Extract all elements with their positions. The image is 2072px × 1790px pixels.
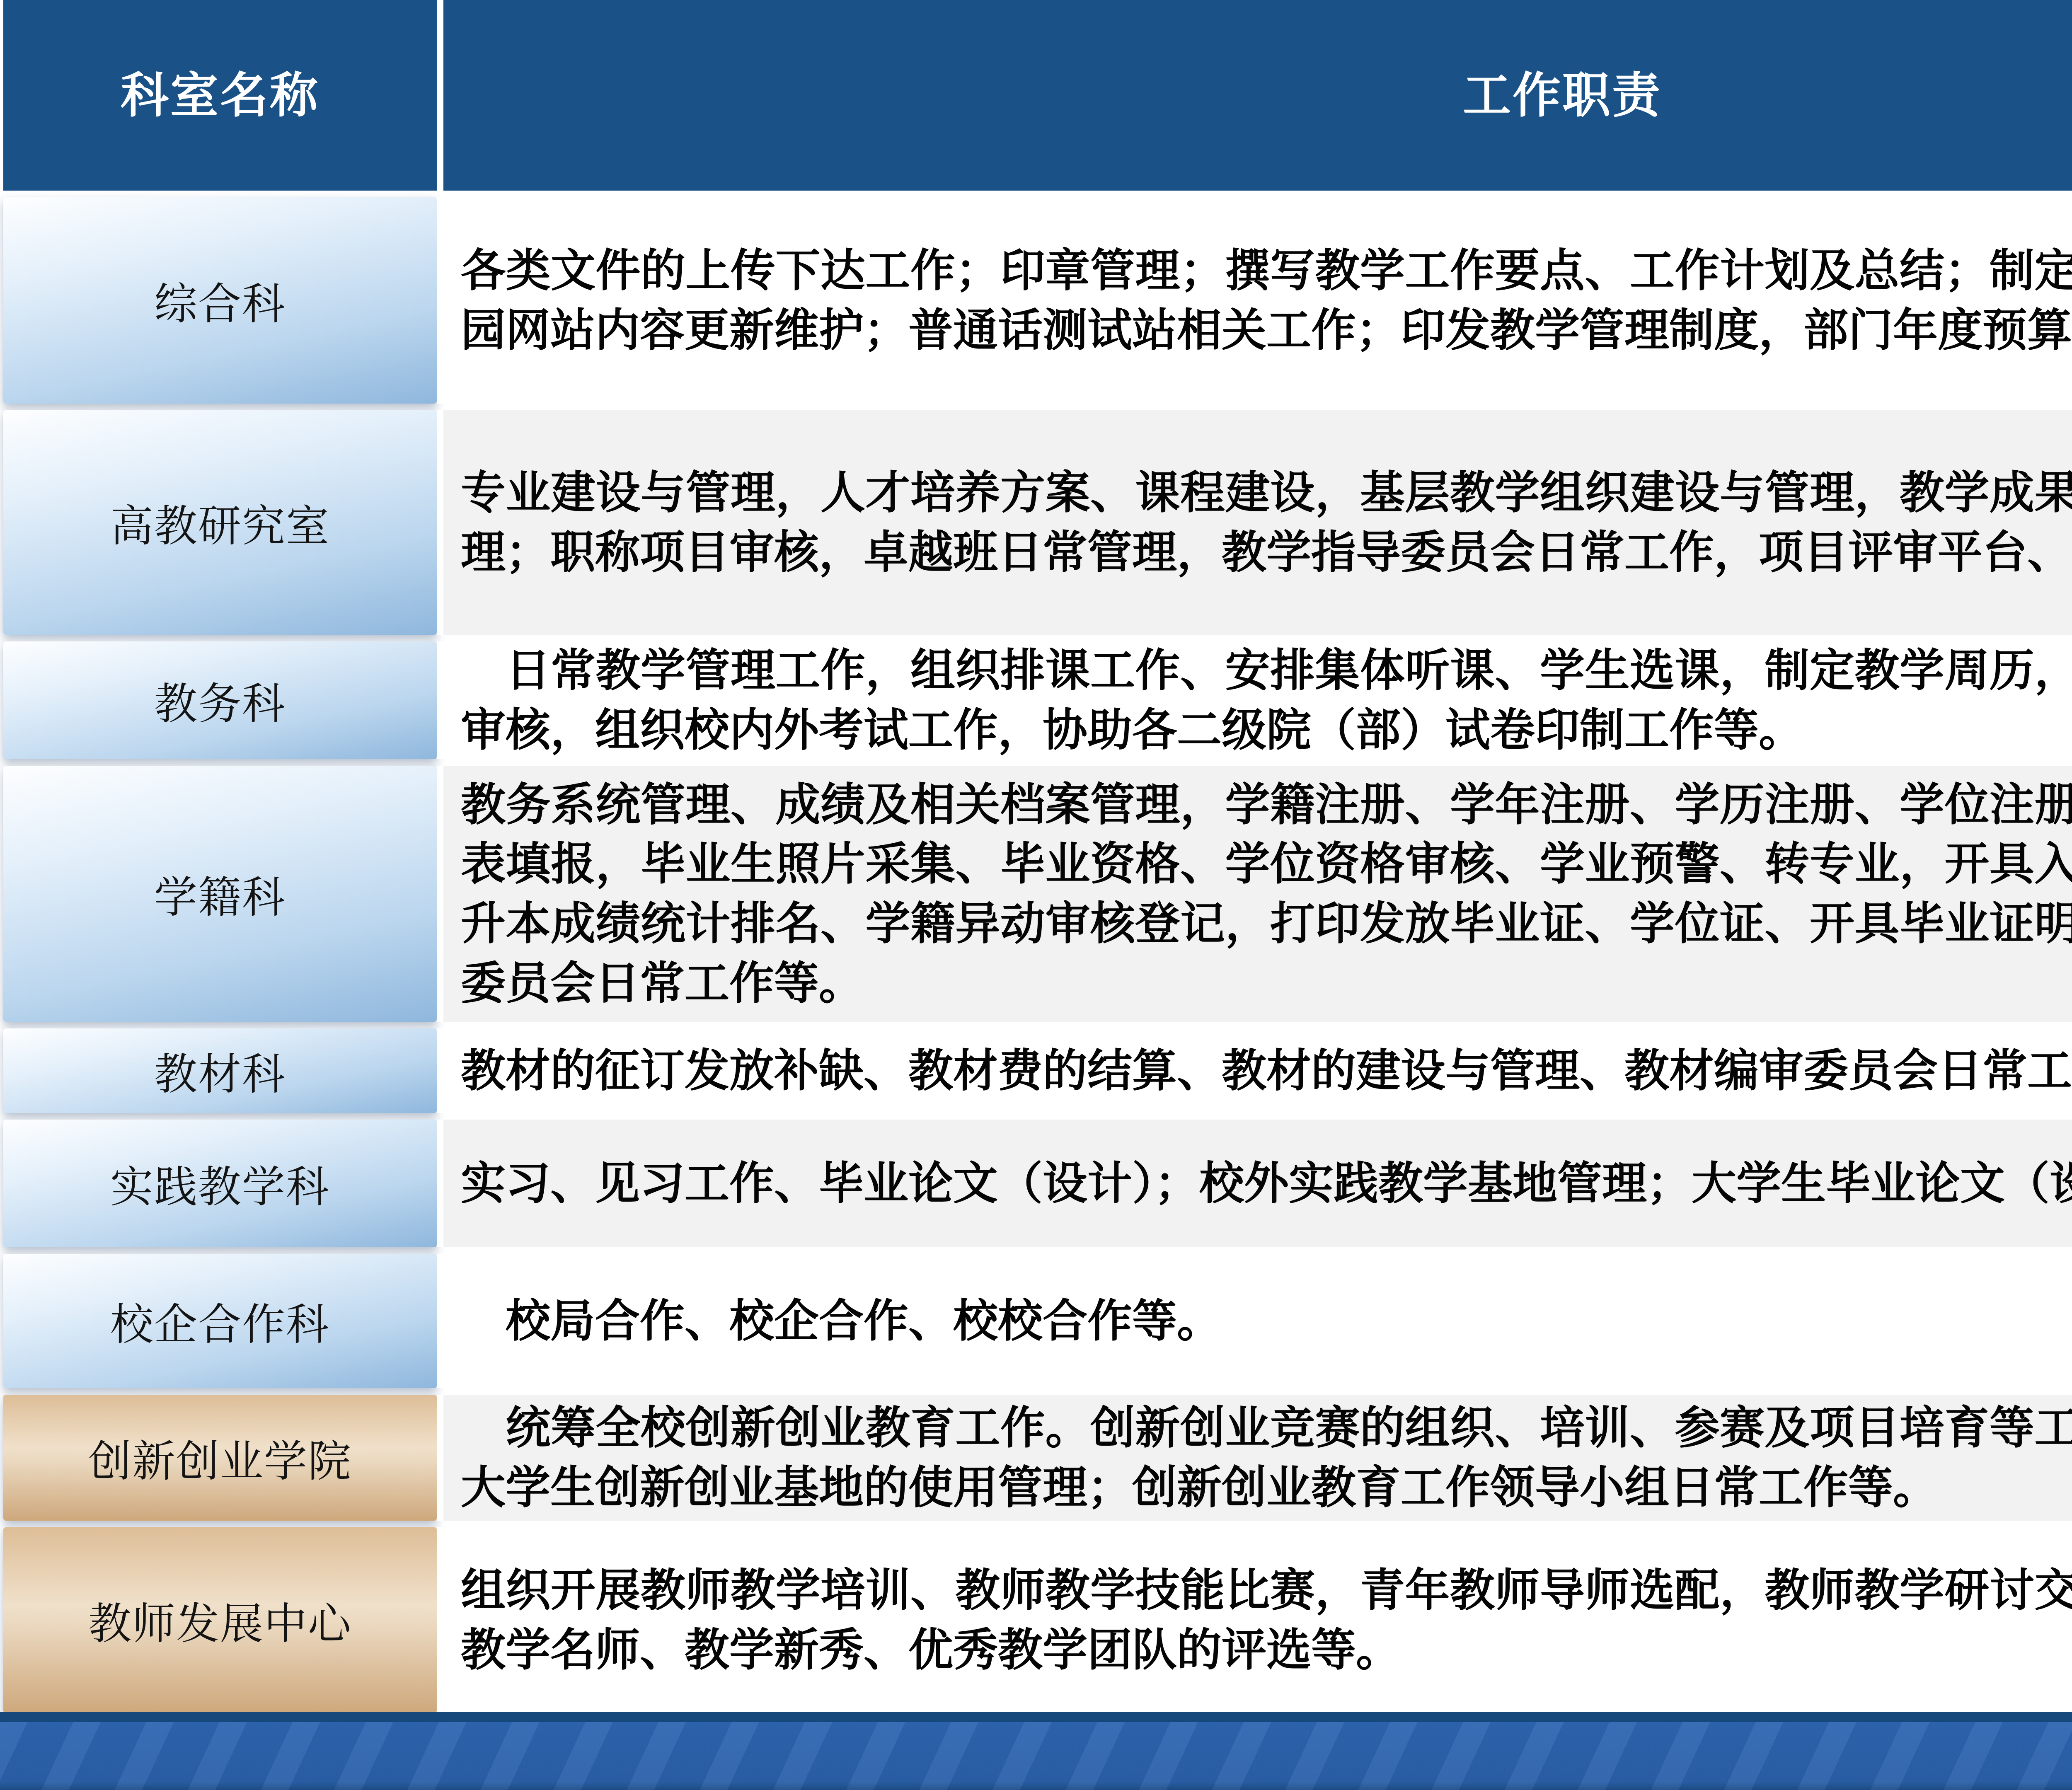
rows-container: 综合科 各类文件的上传下达工作；印章管理；撰写教学工作要点、工作计划及总结；制定… bbox=[3, 197, 2072, 1713]
footer-navy-stripe bbox=[0, 1712, 2072, 1722]
duty-cell: 实习、见习工作、毕业论文（设计）；校外实践教学基地管理；大学生毕业论文（设计）系… bbox=[443, 1120, 2072, 1247]
header-dept: 科室名称 bbox=[3, 0, 437, 191]
duty-cell: 教务系统管理、成绩及相关档案管理，学籍注册、学年注册、学历注册、学位注册、学籍异… bbox=[443, 766, 2072, 1022]
duty-text: 日常教学管理工作，组织排课工作、安排集体听课、学生选课，制定教学周历，教师工作量… bbox=[461, 641, 2072, 760]
duty-text: 实习、见习工作、毕业论文（设计）；校外实践教学基地管理；大学生毕业论文（设计）系… bbox=[461, 1154, 2072, 1213]
duty-cell: 统筹全校创新创业教育工作。创新创业竞赛的组织、培训、参赛及项目培育等工作；相关项… bbox=[443, 1395, 2072, 1521]
dept-table: 科室名称 工作职责 办公地点 及联系电话 综合科 各类文件的上传下达工作；印章管… bbox=[3, 0, 2072, 1713]
header-duty: 工作职责 bbox=[443, 0, 2072, 191]
duty-text: 组织开展教师教学培训、教师教学技能比赛，青年教师导师选配，教师教学研讨交流活动，… bbox=[461, 1560, 2072, 1679]
column-divider bbox=[437, 766, 443, 1022]
duty-text: 教务系统管理、成绩及相关档案管理，学籍注册、学年注册、学历注册、学位注册、学籍异… bbox=[461, 775, 2072, 1013]
column-divider bbox=[437, 1395, 443, 1521]
table-row: 高教研究室 专业建设与管理，人才培养方案、课程建设，基层教学组织建设与管理，教学… bbox=[3, 410, 2072, 635]
column-divider bbox=[437, 1028, 443, 1113]
header-row: 科室名称 工作职责 办公地点 及联系电话 bbox=[3, 0, 2072, 191]
column-divider bbox=[437, 1254, 443, 1388]
duty-cell: 校局合作、校企合作、校校合作等。 bbox=[443, 1254, 2072, 1388]
column-divider bbox=[437, 1120, 443, 1247]
duty-text: 统筹全校创新创业教育工作。创新创业竞赛的组织、培训、参赛及项目培育等工作；相关项… bbox=[461, 1398, 2072, 1517]
column-divider bbox=[437, 1527, 443, 1713]
duty-cell: 日常教学管理工作，组织排课工作、安排集体听课、学生选课，制定教学周历，教师工作量… bbox=[443, 641, 2072, 759]
header-duty-label: 工作职责 bbox=[1463, 65, 1662, 126]
duty-text: 专业建设与管理，人才培养方案、课程建设，基层教学组织建设与管理，教学成果等次评定… bbox=[461, 463, 2072, 582]
column-divider bbox=[437, 641, 443, 759]
duty-text: 教材的征订发放补缺、教材费的结算、教材的建设与管理、教材编审委员会日常工作等。 bbox=[461, 1041, 2072, 1101]
header-dept-label: 科室名称 bbox=[121, 65, 320, 126]
table-row: 教师发展中心 组织开展教师教学培训、教师教学技能比赛，青年教师导师选配，教师教学… bbox=[3, 1527, 2072, 1713]
dept-cell: 教材科 bbox=[3, 1028, 437, 1113]
table-row: 综合科 各类文件的上传下达工作；印章管理；撰写教学工作要点、工作计划及总结；制定… bbox=[3, 197, 2072, 404]
duty-cell: 各类文件的上传下达工作；印章管理；撰写教学工作要点、工作计划及总结；制定政治学习… bbox=[443, 197, 2072, 404]
table-row: 学籍科 教务系统管理、成绩及相关档案管理，学籍注册、学年注册、学历注册、学位注册… bbox=[3, 766, 2072, 1022]
table-row: 创新创业学院 统筹全校创新创业教育工作。创新创业竞赛的组织、培训、参赛及项目培育… bbox=[3, 1395, 2072, 1521]
duty-text: 校局合作、校企合作、校校合作等。 bbox=[461, 1291, 2072, 1351]
dept-cell: 教务科 bbox=[3, 641, 437, 759]
dept-cell: 高教研究室 bbox=[3, 410, 437, 635]
dept-cell: 实践教学科 bbox=[3, 1120, 437, 1247]
footer: 德才育人 忠勇铸魂 bbox=[0, 1712, 2072, 1790]
column-divider bbox=[437, 410, 443, 635]
dept-cell: 综合科 bbox=[3, 197, 437, 404]
duty-cell: 组织开展教师教学培训、教师教学技能比赛，青年教师导师选配，教师教学研讨交流活动，… bbox=[443, 1527, 2072, 1713]
table-row: 教材科 教材的征订发放补缺、教材费的结算、教材的建设与管理、教材编审委员会日常工… bbox=[3, 1028, 2072, 1113]
duty-cell: 专业建设与管理，人才培养方案、课程建设，基层教学组织建设与管理，教学成果等次评定… bbox=[443, 410, 2072, 635]
dept-cell: 学籍科 bbox=[3, 766, 437, 1022]
duty-cell: 教材的征订发放补缺、教材费的结算、教材的建设与管理、教材编审委员会日常工作等。 bbox=[443, 1028, 2072, 1113]
dept-cell: 创新创业学院 bbox=[3, 1395, 437, 1521]
page-root: { "header": { "col1": "科室名称", "col2": "工… bbox=[0, 0, 2072, 1790]
column-divider bbox=[437, 197, 443, 404]
duty-text: 各类文件的上传下达工作；印章管理；撰写教学工作要点、工作计划及总结；制定政治学习… bbox=[461, 241, 2072, 360]
table-row: 教务科 日常教学管理工作，组织排课工作、安排集体听课、学生选课，制定教学周历，教… bbox=[3, 641, 2072, 759]
dept-cell: 教师发展中心 bbox=[3, 1527, 437, 1713]
footer-blue-band: 德才育人 忠勇铸魂 bbox=[0, 1722, 2072, 1790]
dept-cell: 校企合作科 bbox=[3, 1254, 437, 1388]
column-divider bbox=[437, 0, 443, 191]
table-row: 实践教学科 实习、见习工作、毕业论文（设计）；校外实践教学基地管理；大学生毕业论… bbox=[3, 1120, 2072, 1247]
table-row: 校企合作科 校局合作、校企合作、校校合作等。 仙葫校区主10050771-560… bbox=[3, 1254, 2072, 1388]
